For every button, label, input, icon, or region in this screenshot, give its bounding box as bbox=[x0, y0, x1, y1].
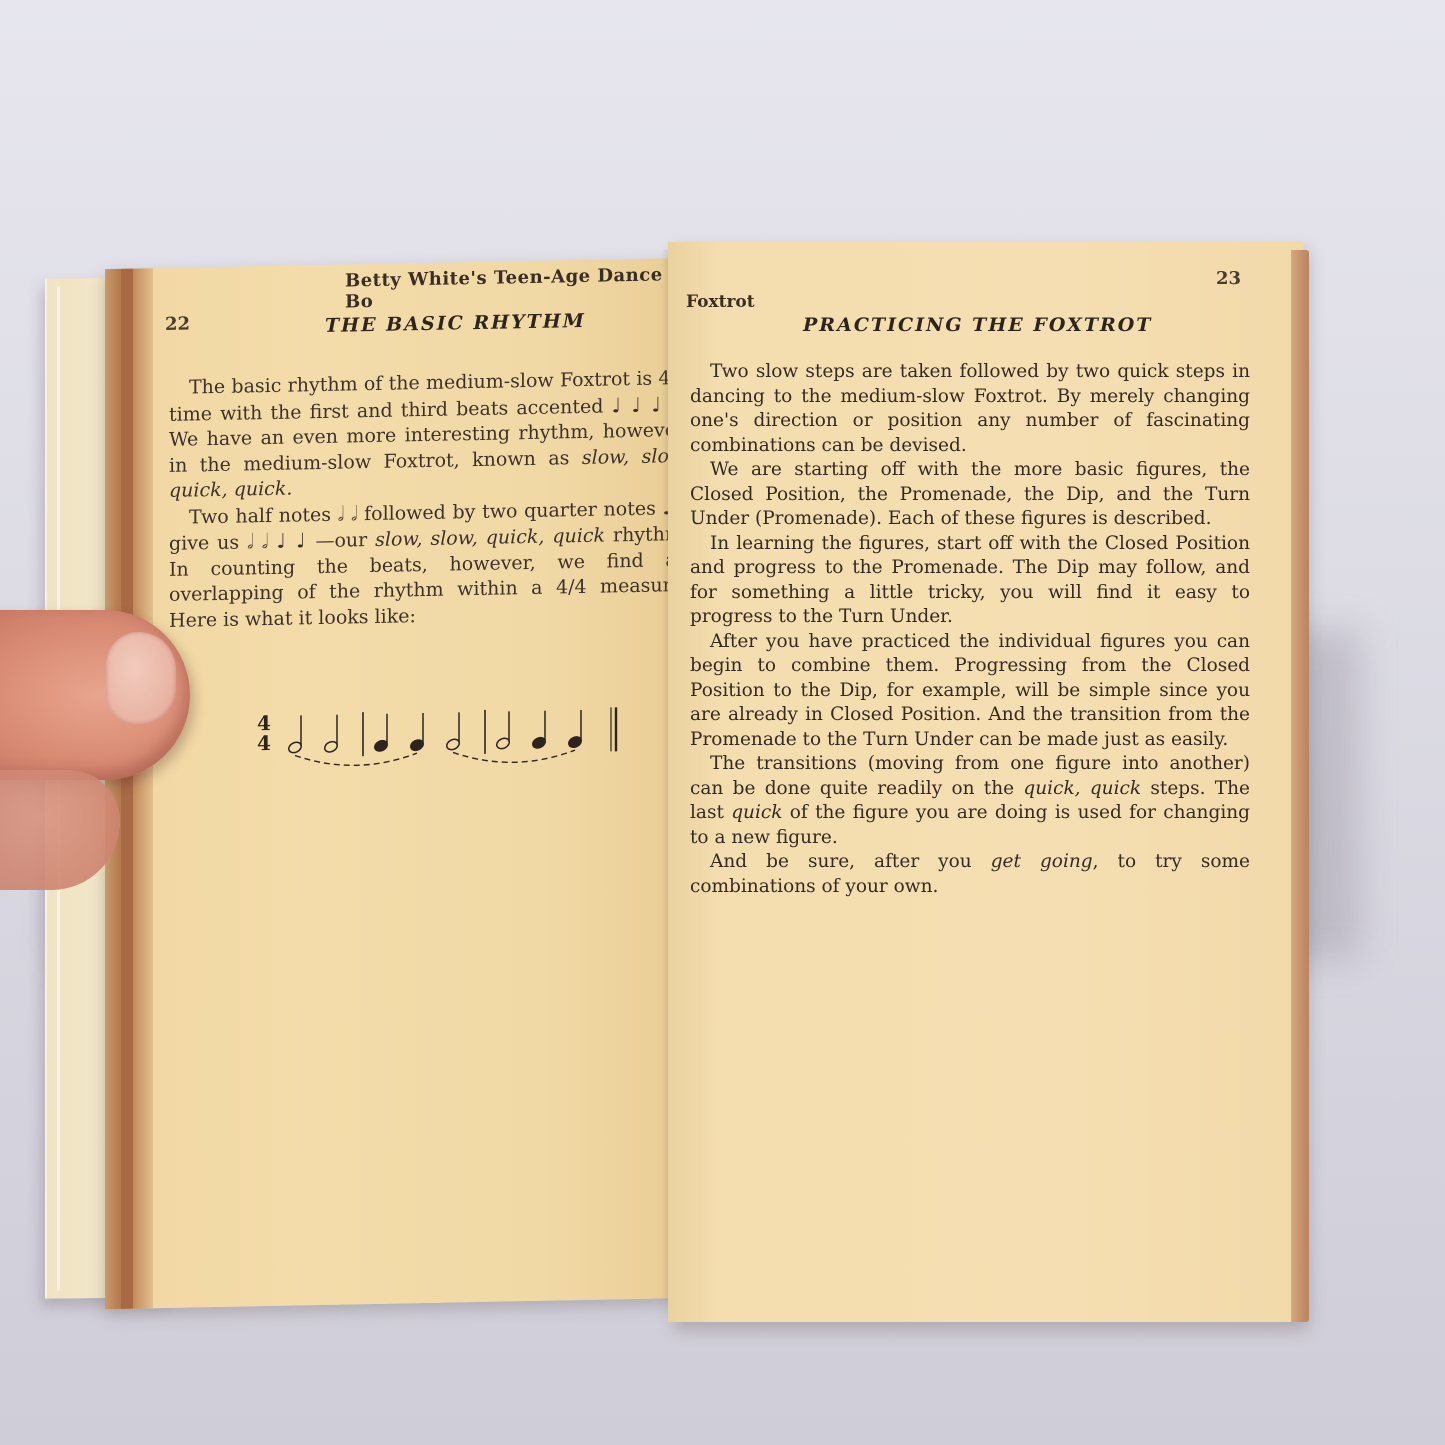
paragraph: We are starting off with the more basic … bbox=[690, 458, 1250, 532]
right-page-edge bbox=[1291, 250, 1309, 1322]
running-head-left: Betty White's Teen-Age Dance Bo bbox=[345, 264, 685, 313]
hand-thumb bbox=[0, 610, 190, 780]
paragraph: Two half notes 𝅗𝅥 𝅗𝅥 followed by two qua… bbox=[169, 494, 689, 633]
text-run: followed by two quarter notes bbox=[357, 497, 662, 525]
time-sig-bottom: 4 bbox=[257, 731, 271, 755]
right-page-body: Two slow steps are taken followed by two… bbox=[690, 360, 1250, 899]
text-run: We are starting off with the more basic … bbox=[690, 459, 1250, 529]
paragraph: After you have practiced the individual … bbox=[690, 630, 1250, 753]
page-number-left: 22 bbox=[165, 314, 190, 335]
emphasized-text: quick, quick bbox=[1023, 778, 1141, 799]
left-page-body: The basic rhythm of the medium-slow Foxt… bbox=[169, 366, 689, 634]
left-page: 22 Betty White's Teen-Age Dance Bo THE B… bbox=[105, 258, 685, 1309]
rhythm-diagram: 4 4 bbox=[255, 689, 655, 777]
text-run: In learning the figures, start off with … bbox=[690, 533, 1250, 628]
rhythm-notes bbox=[287, 707, 616, 766]
music-note-icon: 𝅗𝅥 𝅗𝅥 ♩ ♩ bbox=[247, 528, 307, 553]
text-run: After you have practiced the individual … bbox=[690, 631, 1250, 750]
photo-scene: 22 Betty White's Teen-Age Dance Bo THE B… bbox=[0, 0, 1445, 1445]
paragraph: The basic rhythm of the medium-slow Foxt… bbox=[169, 366, 689, 504]
music-note-icon: 𝅗𝅥 𝅗𝅥 bbox=[338, 501, 358, 525]
text-run: Two half notes bbox=[189, 503, 338, 528]
page-number-right: 23 bbox=[1216, 268, 1241, 289]
running-head-right: Foxtrot bbox=[686, 292, 755, 312]
text-run: Two slow steps are taken followed by two… bbox=[690, 361, 1250, 456]
left-page-edge bbox=[105, 268, 153, 1309]
paragraph: The transitions (moving from one figure … bbox=[690, 752, 1250, 850]
section-title-left: THE BASIC RHYTHM bbox=[325, 310, 586, 337]
text-run: And be sure, after you bbox=[710, 851, 991, 872]
emphasized-text: get going bbox=[991, 851, 1093, 872]
dashed-slur bbox=[453, 750, 575, 763]
emphasized-text: slow, slow, quick, quick bbox=[375, 525, 605, 551]
thumbnail bbox=[106, 632, 176, 724]
section-title-right: PRACTICING THE FOXTROT bbox=[803, 314, 1152, 336]
text-run: —our bbox=[307, 529, 375, 552]
paragraph: Two slow steps are taken followed by two… bbox=[690, 360, 1250, 458]
paragraph: And be sure, after you get going, to try… bbox=[690, 850, 1250, 899]
right-page: 23 Foxtrot PRACTICING THE FOXTROT Two sl… bbox=[668, 242, 1303, 1322]
dashed-slur bbox=[295, 753, 417, 766]
text-run: give us bbox=[169, 531, 247, 555]
emphasized-text: quick bbox=[731, 802, 782, 823]
paragraph: In learning the figures, start off with … bbox=[690, 532, 1250, 630]
